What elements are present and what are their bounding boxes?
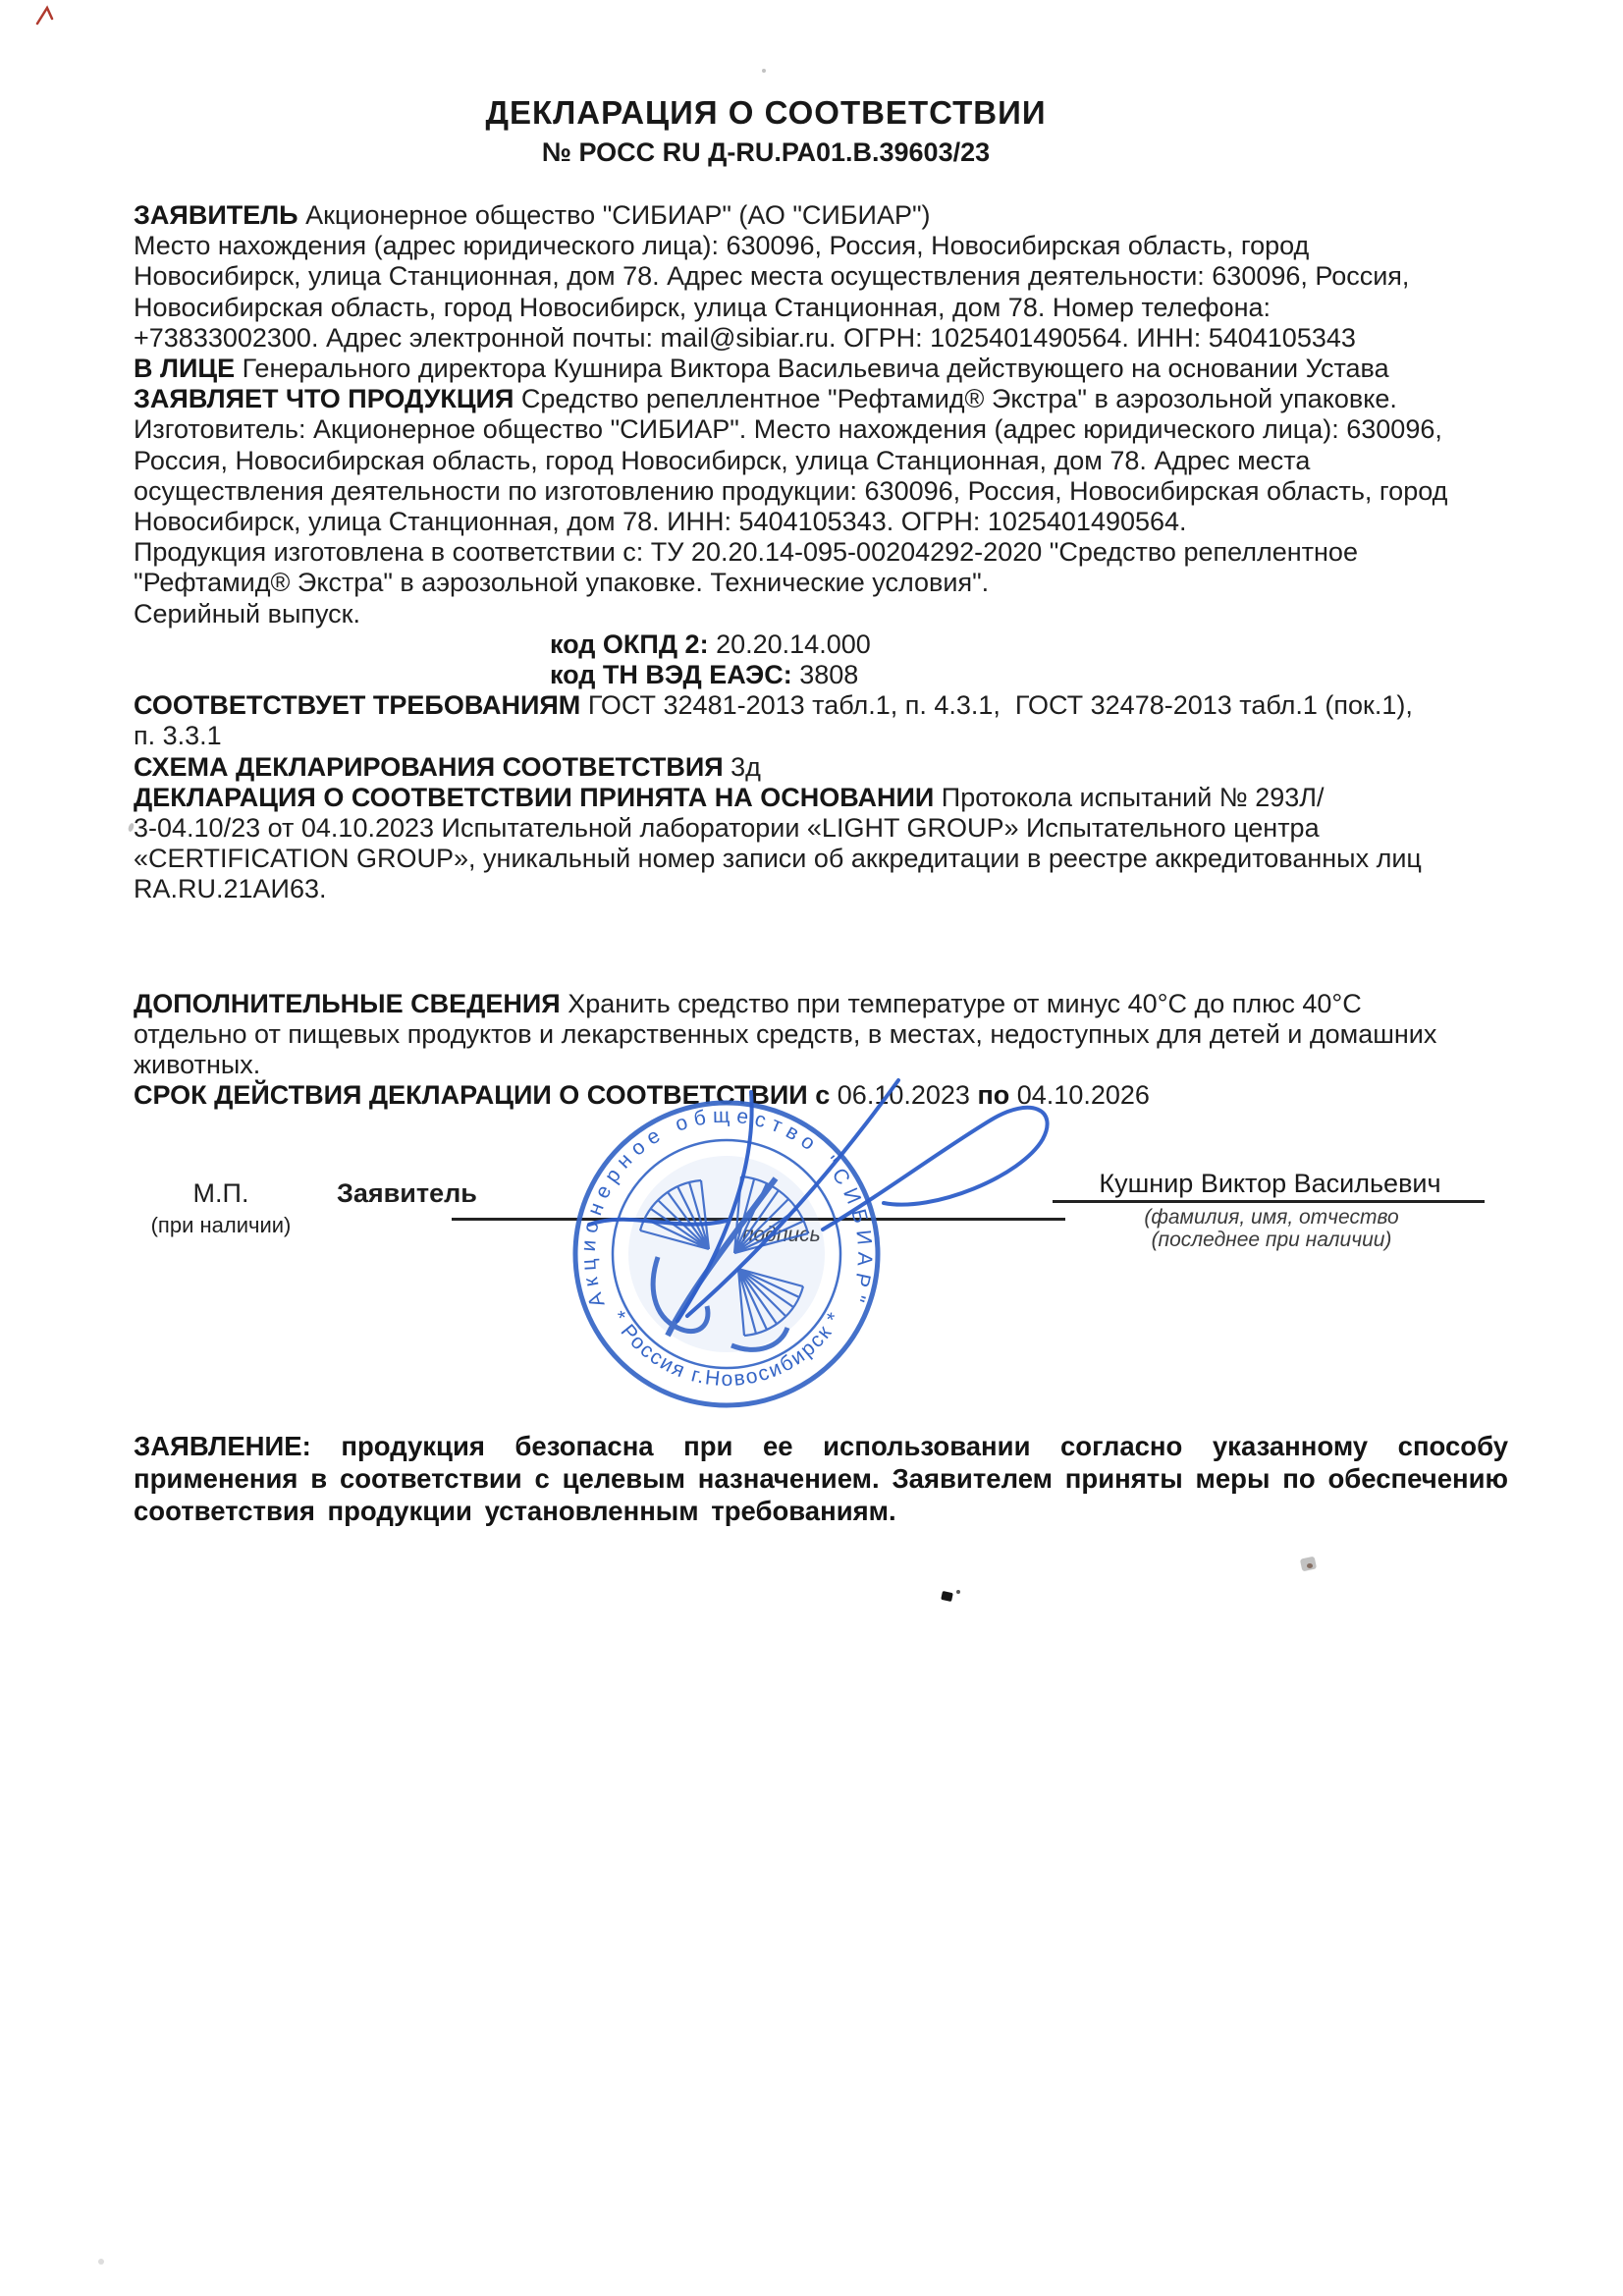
tnved-value: 3808 [799, 660, 858, 689]
in-person-label: В ЛИЦЕ [134, 354, 235, 383]
scan-speck [762, 69, 766, 73]
okpd-label: код ОКПД 2: [550, 629, 709, 659]
tnved-code-line: код ТН ВЭД ЕАЭС: 3808 [550, 660, 1508, 690]
document-title: ДЕКЛАРАЦИЯ О СООТВЕТСТВИИ [0, 94, 1532, 132]
statement-text: продукция безопасна при ее использовании… [134, 1431, 1508, 1526]
name-caption-line2: (последнее при наличии) [1065, 1229, 1478, 1251]
applicant-label: ЗАЯВИТЕЛЬ [134, 200, 298, 230]
serial-release: Серийный выпуск. [134, 599, 1508, 629]
accordance-paragraph: Продукция изготовлена в соответствии с: … [134, 537, 1508, 598]
in-person-value: Генерального директора Кушнира Виктора В… [243, 354, 1389, 383]
product-line: ЗАЯВЛЯЕТ ЧТО ПРОДУКЦИЯ Средство репеллен… [134, 384, 1508, 414]
stamp-ink-wash [628, 1156, 825, 1352]
product-label: ЗАЯВЛЯЕТ ЧТО ПРОДУКЦИЯ [134, 384, 514, 413]
name-caption-line1: (фамилия, имя, отчество [1065, 1206, 1478, 1229]
basis-label: ДЕКЛАРАЦИЯ О СООТВЕТСТВИИ ПРИНЯТА НА ОСН… [134, 783, 934, 812]
declaration-document-page: ДЕКЛАРАЦИЯ О СООТВЕТСТВИИ № РОСС RU Д-RU… [0, 0, 1623, 2296]
applicant-line: ЗАЯВИТЕЛЬ Акционерное общество "СИБИАР" … [134, 200, 1508, 231]
manufacturer-paragraph: Изготовитель: Акционерное общество "СИБИ… [134, 414, 1508, 537]
in-person-line: В ЛИЦЕ Генерального директора Кушнира Ви… [134, 354, 1508, 384]
statement-label: ЗАЯВЛЕНИЕ: [134, 1431, 311, 1461]
stamp-place-block: М.П. (при наличии) [137, 1178, 304, 1238]
scan-speck [1307, 1563, 1313, 1568]
basis-line: ДЕКЛАРАЦИЯ О СООТВЕТСТВИИ ПРИНЯТА НА ОСН… [134, 783, 1508, 905]
stamp-place-label: М.П. [137, 1178, 304, 1209]
applicant-address: Место нахождения (адрес юридического лиц… [134, 231, 1508, 354]
okpd-code-line: код ОКПД 2: 20.20.14.000 [550, 629, 1508, 660]
name-caption: (фамилия, имя, отчество (последнее при н… [1065, 1206, 1478, 1251]
scan-speck [941, 1591, 953, 1602]
scheme-value: 3д [730, 752, 761, 782]
stamp-place-note: (при наличии) [137, 1213, 304, 1238]
applicant-value: Акционерное общество "СИБИАР" (АО "СИБИА… [305, 200, 930, 230]
scan-speck [98, 2259, 104, 2265]
conforms-line: СООТВЕТСТВУЕТ ТРЕБОВАНИЯМ ГОСТ 32481-201… [134, 690, 1508, 751]
document-number: № РОСС RU Д-RU.РА01.В.39603/23 [0, 137, 1532, 168]
tnved-label: код ТН ВЭД ЕАЭС: [550, 660, 792, 689]
document-body: ЗАЯВИТЕЛЬ Акционерное общество "СИБИАР" … [134, 200, 1508, 1111]
signer-name: Кушнир Виктор Васильевич [1055, 1169, 1485, 1199]
product-value: Средство репеллентное "Рефтамид® Экстра"… [521, 384, 1397, 413]
scheme-label: СХЕМА ДЕКЛАРИРОВАНИЯ СООТВЕТСТВИЯ [134, 752, 724, 782]
additional-label: ДОПОЛНИТЕЛЬНЫЕ СВЕДЕНИЯ [134, 989, 561, 1018]
red-corner-mark [33, 4, 63, 31]
scan-speck [956, 1590, 960, 1594]
scheme-line: СХЕМА ДЕКЛАРИРОВАНИЯ СООТВЕТСТВИЯ 3д [134, 752, 1508, 783]
statement-paragraph: ЗАЯВЛЕНИЕ: продукция безопасна при ее ис… [134, 1430, 1508, 1527]
applicant-word: Заявитель [337, 1178, 477, 1209]
company-stamp: Акционерное общество "СИБИАР" * Россия г… [530, 1061, 1119, 1493]
conforms-label: СООТВЕТСТВУЕТ ТРЕБОВАНИЯМ [134, 690, 580, 720]
okpd-value: 20.20.14.000 [716, 629, 871, 659]
